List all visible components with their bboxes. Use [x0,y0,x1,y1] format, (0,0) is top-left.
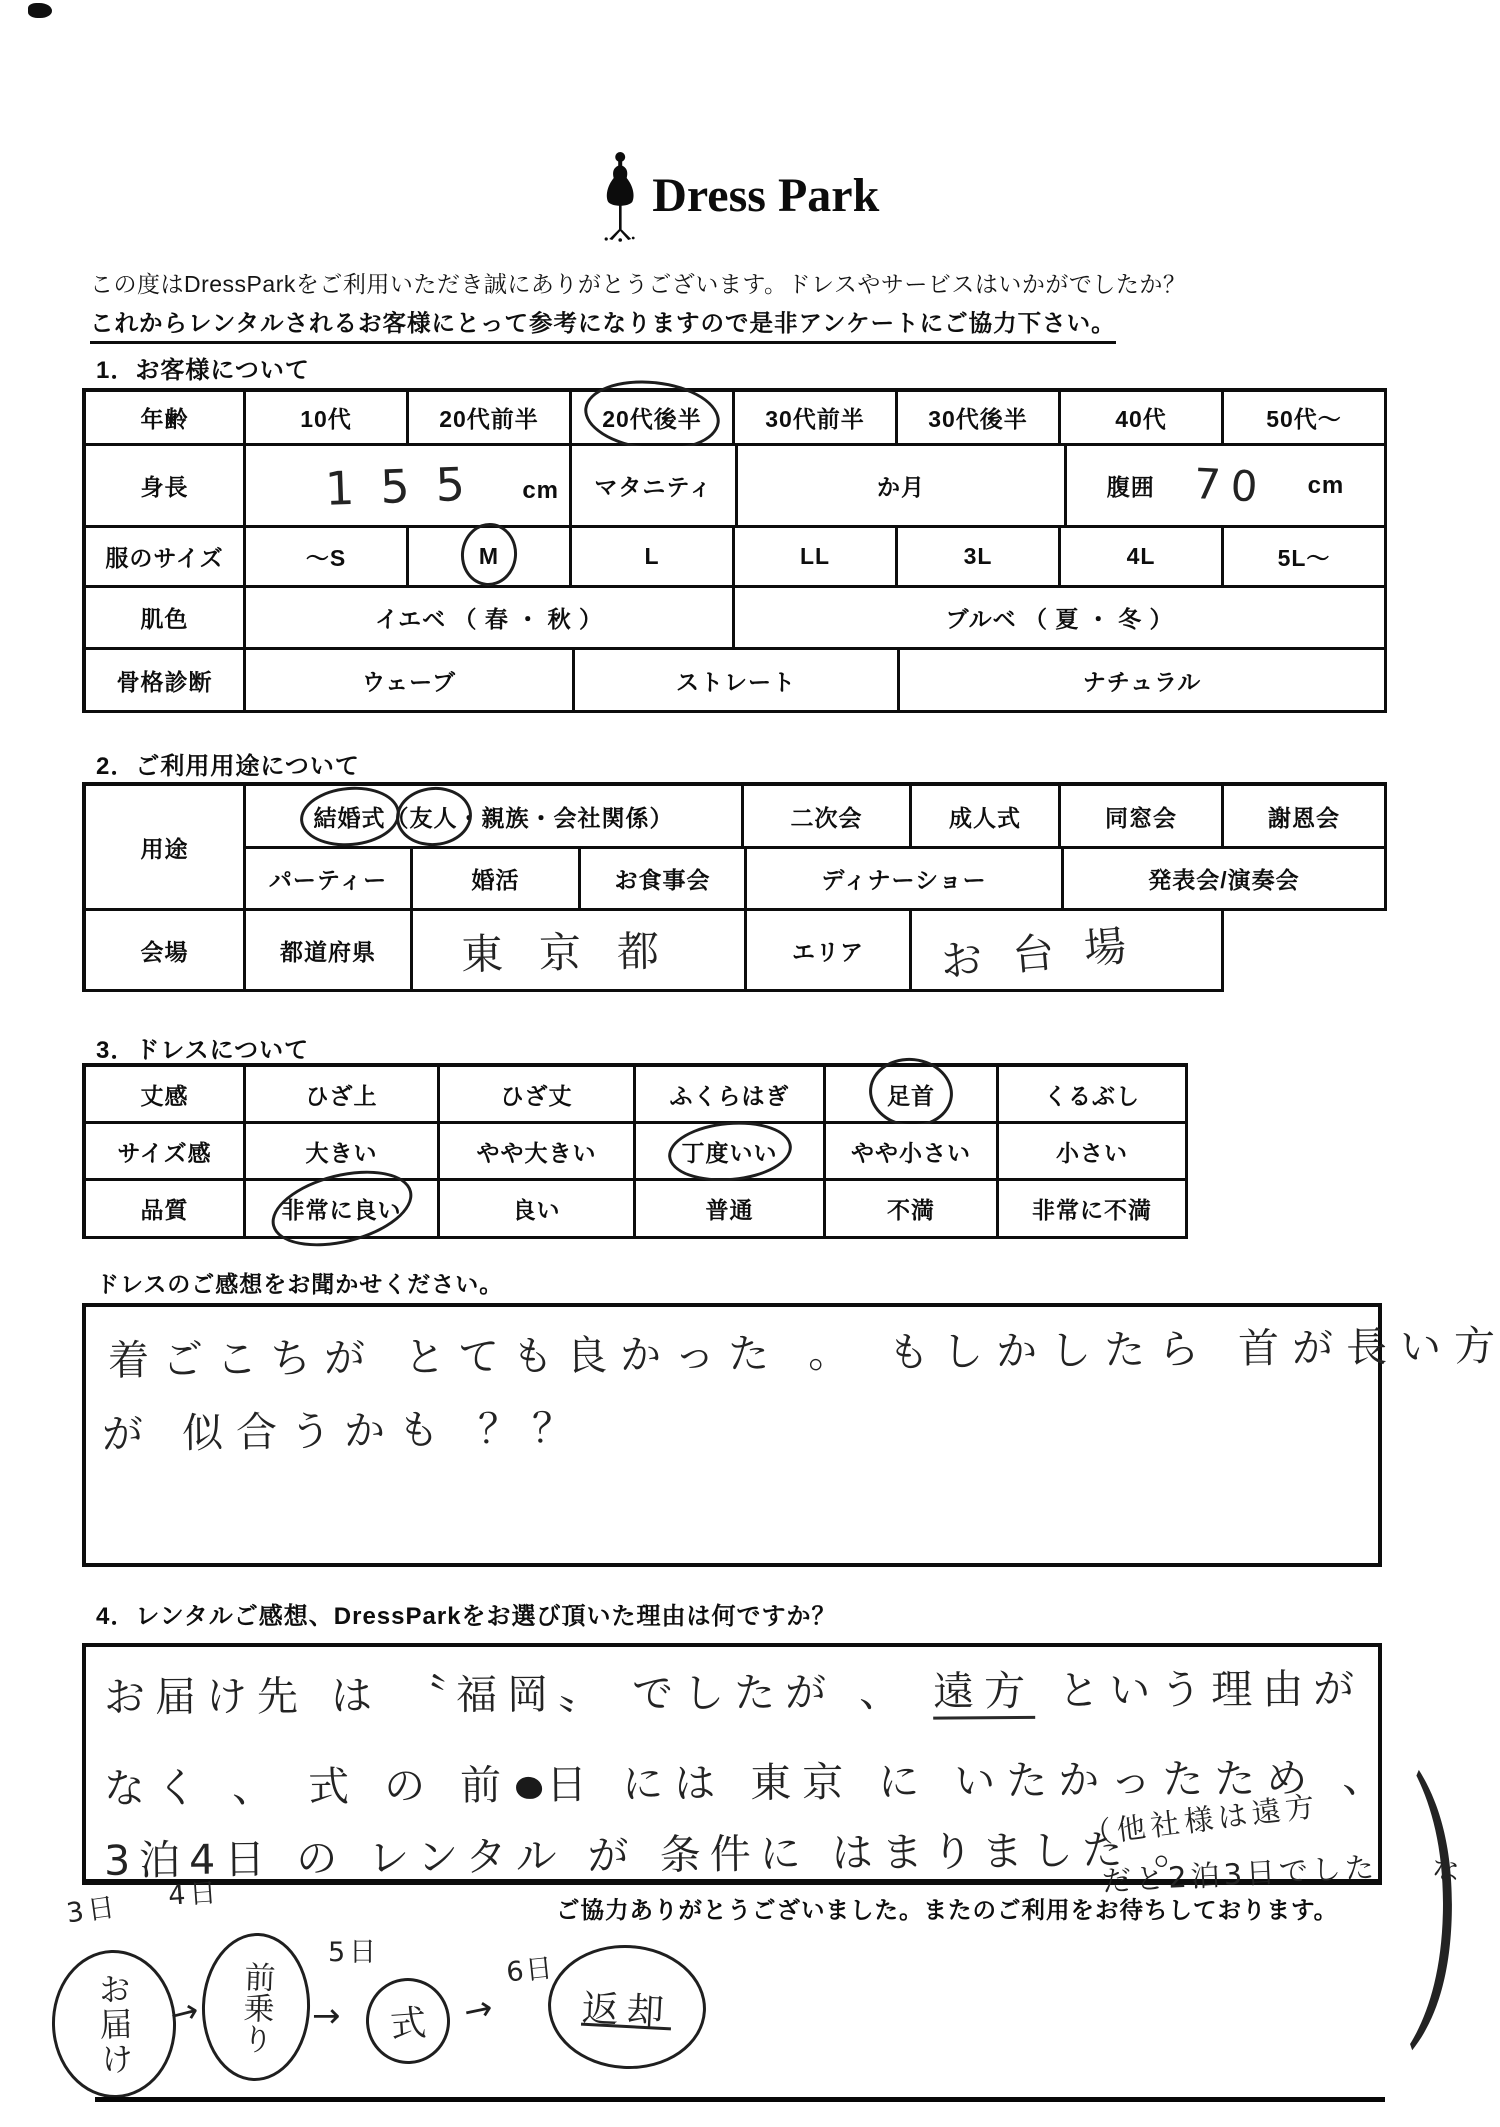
intro-line-2: これからレンタルされるお客様にとって参考になりますので是非アンケートにご協力下さ… [90,304,1116,344]
fit-option: やや大きい [477,1135,597,1168]
purpose-option-cell: 発表会/演奏会 [1064,849,1387,911]
reason-handwriting-line3: 3泊4日 の レンタル が 条件に はまりました 。 [104,1816,1204,1887]
height-value-handwritten: 155 [324,456,492,516]
wedding-relation-cell: 結婚式（友人・親族・会社関係） [246,786,744,849]
size-option: 4L [1127,543,1156,570]
size-option: L [644,543,659,570]
size-option-cell: 3L [898,528,1061,588]
frame-option: ナチュラル [1083,664,1202,697]
skin-warm-option: イエベ （ 春 ・ 秋 ） [375,601,603,634]
size-option: 3L [964,543,993,570]
purpose-option: 発表会/演奏会 [1148,862,1299,895]
quality-row: 品質 非常に良い 良い 普通 不満 非常に不満 [86,1181,1188,1239]
length-option: ひざ丈 [501,1078,573,1111]
size-option-selected: M [479,543,499,570]
age-option: 40代 [1115,401,1167,434]
purpose-rows: 用途 結婚式（友人・親族・会社関係） 二次会 成人式 同窓会 謝恩会 パーティー… [86,786,1387,911]
area-value-cell: お台場 [912,911,1224,992]
age-label-cell: 年齢 [86,392,246,446]
frame-option-cell: ナチュラル [900,650,1387,713]
timeline-event-text: 返却 [581,1978,674,2037]
dress-form-icon [598,150,642,247]
prefecture-value-cell: 東京都 [413,911,747,992]
age-option: 20代前半 [439,401,539,434]
purpose-option-cell: パーティー [246,849,413,911]
size-option: 5L～ [1278,540,1331,573]
reason-handwriting-line1: お届け先 は 〝福岡〟 でしたが 、 遠方 という理由が [104,1656,1365,1724]
section2-heading: 2．ご利用用途について [96,746,360,781]
quality-option-cell: 非常に不満 [999,1181,1188,1239]
scan-artifact [28,3,52,18]
waist-value-handwritten: 70 [1193,459,1269,512]
size-option-cell: 5L～ [1224,528,1387,588]
venue-label: 会場 [141,934,189,967]
purpose-label-cell: 用途 [86,786,246,911]
reason-text-1a: お届け先 は 〝福岡〟 でしたが 、 [104,1668,933,1722]
fit-option-selected: 丁度いい [682,1135,778,1168]
logo: Dress Park [598,150,879,247]
length-option-cell: 足首 [826,1067,999,1124]
skin-label-cell: 肌色 [86,588,246,650]
usage-table: 用途 結婚式（友人・親族・会社関係） 二次会 成人式 同窓会 謝恩会 パーティー… [82,782,1387,992]
fit-option: 小さい [1056,1135,1128,1168]
age-option: 10代 [300,401,352,434]
fit-option-cell: 小さい [999,1124,1188,1181]
feedback-handwriting-line2: が 似合うかも ？？ [102,1395,587,1461]
length-option-cell: ひざ上 [246,1067,440,1124]
skin-row: 肌色 イエベ （ 春 ・ 秋 ） ブルベ （ 夏 ・ 冬 ） [86,588,1387,650]
age-option: 30代後半 [928,401,1028,434]
quality-option: 良い [513,1192,561,1225]
frame-label: 骨格診断 [117,664,213,697]
area-label-cell: エリア [747,911,912,992]
height-label: 身長 [141,469,189,502]
timeline-arrow: → [460,1987,496,2032]
purpose-option-cell: 成人式 [912,786,1061,849]
purpose-option: ディナーショー [821,862,986,895]
thanks-text: ご協力ありがとうございました。またのご利用をお待ちしております。 [556,1891,1338,1925]
fit-option-cell: やや大きい [440,1124,636,1181]
purpose-option-cell: 同窓会 [1061,786,1224,849]
maternity-label: マタニティ [594,469,712,502]
purpose-option: 同窓会 [1105,800,1177,833]
timeline-step-return: 返却 [545,1941,709,2073]
height-row: 身長 155 cm マタニティ か月 腹囲 70 cm [86,446,1387,528]
relation-open-paren: （ [386,800,410,833]
feedback-prompt: ドレスのご感想をお聞かせください。 [96,1266,503,1299]
skin-cool-cell: ブルベ （ 夏 ・ 冬 ） [735,588,1387,650]
size-option-cell: LL [735,528,898,588]
timeline-step-arrive-early: 前乗り [199,1931,312,2083]
age-label: 年齢 [141,401,189,434]
timeline-arrow: → [312,1996,341,2036]
length-option-selected: 足首 [887,1078,935,1111]
timeline-event-text: お届け [89,1971,140,2078]
quality-option-cell: 良い [440,1181,636,1239]
age-option-cell: 40代 [1061,392,1224,446]
scribble-mark [516,1777,542,1799]
area-label: エリア [792,934,864,967]
age-row: 年齢 10代 20代前半 20代後半 30代前半 30代後半 40代 50代～ [86,392,1387,446]
intro-line-1: この度はDressParkをご利用いただき誠にありがとうございます。ドレスやサー… [90,266,1186,299]
quality-option-selected: 非常に良い [282,1192,402,1225]
age-option-cell: 50代～ [1224,392,1387,446]
purpose-option-cell: 婚活 [413,849,581,911]
length-option-cell: ひざ丈 [440,1067,636,1124]
customer-table: 年齢 10代 20代前半 20代後半 30代前半 30代後半 40代 50代～ … [82,388,1387,713]
fit-option: 大きい [306,1135,378,1168]
size-label-cell: 服のサイズ [86,528,246,588]
bottom-rule [95,2097,1385,2102]
skin-label: 肌色 [141,601,189,634]
age-option: 30代前半 [765,401,865,434]
size-label: 服のサイズ [105,540,223,573]
waist-cell: 腹囲 70 cm [1067,446,1387,528]
fit-label: サイズ感 [117,1135,211,1168]
frame-option-cell: ウェーブ [246,650,575,713]
size-option-cell: L [572,528,735,588]
prefecture-label-cell: 都道府県 [246,911,413,992]
length-option-cell: くるぶし [999,1067,1188,1124]
maternity-label-cell: マタニティ [572,446,738,528]
size-option-cell: M [409,528,572,588]
fit-option-cell: 大きい [246,1124,440,1181]
purpose-option: 成人式 [949,800,1021,833]
length-option: くるぶし [1044,1078,1140,1111]
fit-option: やや小さい [851,1135,971,1168]
length-label-cell: 丈感 [86,1067,246,1124]
frame-option-cell: ストレート [575,650,900,713]
quality-option-cell: 不満 [826,1181,999,1239]
venue-row: 会場 都道府県 東京都 エリア お台場 [86,911,1224,992]
section4-heading: 4．レンタルご感想、DressParkをお選び頂いた理由は何ですか？ [96,1596,837,1631]
purpose-option: 二次会 [791,800,863,833]
height-unit: cm [522,477,559,505]
frame-label-cell: 骨格診断 [86,650,246,713]
relation-rest: ・親族・会社関係） [458,800,674,833]
age-option-cell: 30代前半 [735,392,898,446]
section3-heading: 3．ドレスについて [96,1030,309,1065]
brand-name: Dress Park [652,150,879,242]
timeline-event-text: 式 [388,1994,427,2047]
purpose-option-cell: お食事会 [581,849,747,911]
length-option: ふくらはぎ [670,1078,790,1111]
reason-text-underlined: 遠方 [933,1667,1035,1720]
length-label: 丈感 [141,1078,189,1111]
prefecture-value-handwritten: 東京都 [461,918,696,982]
fit-row: サイズ感 大きい やや大きい 丁度いい やや小さい 小さい [86,1124,1188,1181]
skin-cool-option: ブルベ （ 夏 ・ 冬 ） [945,601,1173,634]
frame-option: ストレート [676,664,796,697]
reason-text-1b: という理由が [1035,1665,1364,1715]
age-option-cell: 10代 [246,392,409,446]
fit-option-cell: やや小さい [826,1124,999,1181]
relation-friend-selected: 友人 [410,800,458,833]
quality-label: 品質 [141,1192,189,1225]
size-option: LL [800,543,830,570]
purpose-option: 謝恩会 [1268,800,1340,833]
day-label-4: 6日 [504,1946,556,1990]
length-option-cell: ふくらはぎ [636,1067,826,1124]
size-row: 服のサイズ ～S M L LL 3L 4L 5L～ [86,528,1387,588]
length-row: 丈感 ひざ上 ひざ丈 ふくらはぎ 足首 くるぶし [86,1067,1188,1124]
size-option: ～S [306,540,346,573]
quality-option-cell: 普通 [636,1181,826,1239]
frame-option: ウェーブ [362,664,456,697]
quality-option: 不満 [887,1192,935,1225]
fit-option-cell: 丁度いい [636,1124,826,1181]
purpose-option-cell: 謝恩会 [1224,786,1387,849]
maternity-months-cell: か月 [738,446,1067,528]
purpose-option-selected: 結婚式 [314,800,386,833]
purpose-label: 用途 [141,831,189,864]
venue-label-cell: 会場 [86,911,246,992]
length-option: ひざ上 [306,1078,378,1111]
age-option-selected: 20代後半 [602,401,702,434]
height-value-cell: 155 cm [246,446,572,528]
waist-label: 腹囲 [1107,469,1155,502]
age-option: 50代～ [1266,401,1342,434]
purpose-option: お食事会 [615,862,711,895]
purpose-row-1: 結婚式（友人・親族・会社関係） 二次会 成人式 同窓会 謝恩会 [246,786,1387,849]
day-label-2: 4日 [167,1870,222,1913]
purpose-option: パーティー [269,862,387,895]
timeline-step-ceremony: 式 [363,1975,453,2067]
dress-table: 丈感 ひざ上 ひざ丈 ふくらはぎ 足首 くるぶし サイズ感 大きい やや大きい … [82,1063,1188,1239]
size-option-cell: ～S [246,528,409,588]
height-label-cell: 身長 [86,446,246,528]
skin-warm-cell: イエベ （ 春 ・ 秋 ） [246,588,735,650]
purpose-option-cell: ディナーショー [747,849,1064,911]
frame-row: 骨格診断 ウェーブ ストレート ナチュラル [86,650,1387,713]
quality-option: 非常に不満 [1032,1192,1152,1225]
size-option-cell: 4L [1061,528,1224,588]
age-option-cell: 30代後半 [898,392,1061,446]
day-label-1: 3日 [64,1885,121,1931]
day-label-3: 5日 [328,1930,380,1969]
fit-label-cell: サイズ感 [86,1124,246,1181]
age-option-cell: 20代前半 [409,392,572,446]
purpose-row-2: パーティー 婚活 お食事会 ディナーショー 発表会/演奏会 [246,849,1387,911]
prefecture-label: 都道府県 [280,934,376,967]
months-label: か月 [877,469,925,502]
quality-label-cell: 品質 [86,1181,246,1239]
scanned-survey-form: Dress Park この度はDressParkをご利用いただき誠にありがとうご… [0,0,1500,2127]
waist-unit: cm [1308,472,1345,500]
quality-option-cell: 非常に良い [246,1181,440,1239]
timeline-event-text: 前乗り [232,1960,280,2055]
reason-note-closing-paren: ） [1401,1770,1500,2085]
area-value-handwritten: お台場 [938,911,1158,990]
timeline-step-delivery: お届け [49,1948,178,2100]
age-option-cell: 20代後半 [572,392,735,446]
reason-text-2a: なく 、 式 の 前 [104,1761,513,1813]
purpose-option: 婚活 [472,862,520,895]
quality-option: 普通 [706,1192,754,1225]
purpose-option-cell: 二次会 [744,786,912,849]
section1-heading: 1．お客様について [96,350,310,385]
